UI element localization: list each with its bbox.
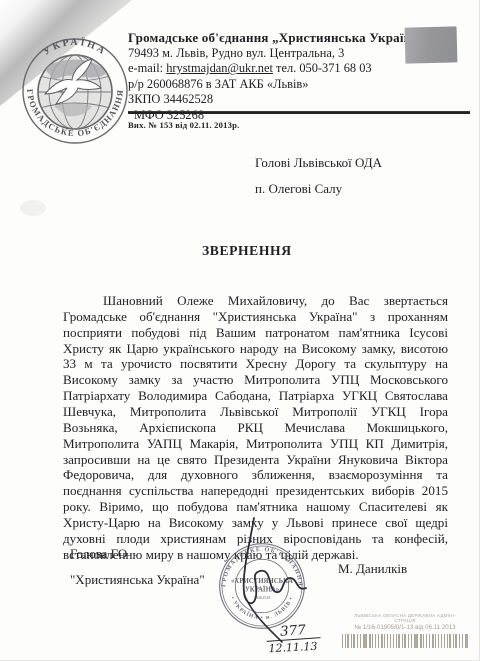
email-address: hrystmajdan@ukr.net (166, 61, 273, 75)
signer-position-block: Голова ГО "Християнська Україна" (70, 541, 205, 593)
addressee-position: Голові Львівської ОДА (255, 150, 382, 176)
phone-number: тел. 050-371 68 03 (273, 61, 372, 75)
barcode (342, 634, 468, 648)
addressee-name: п. Олегові Салу (255, 176, 382, 202)
email-label: e-mail: (128, 61, 166, 75)
org-contact-line: e-mail: hrystmajdan@ukr.net тел. 050-371… (128, 61, 425, 77)
addressee-block: Голові Львівської ОДА п. Олегові Салу (255, 150, 382, 202)
org-logo dove-globe-emblem-icon: УКРАЇНА ★ ГРОМАДСЬКЕ ОБ'ЄДНАННЯ ★ (14, 28, 136, 150)
outgoing-ref-line: Вих. № 153 від 02.11. 2013р. (128, 120, 240, 130)
letterhead: Громадське об'єднання „Християнська Укра… (128, 30, 425, 124)
zkpo-line: ЗКПО 34462528 (128, 92, 425, 108)
signer-name: М. Данилків (338, 561, 407, 577)
document-title: ЗВЕРНЕННЯ (202, 243, 292, 259)
org-address: 79493 м. Львів, Рудно вул. Центральна, 3 (128, 46, 425, 62)
gray-tape-mark (405, 26, 458, 63)
registration-number-line: № 1/16-01905/0/1-13 від 06.11.2013 (336, 624, 474, 632)
letterhead-divider (128, 111, 470, 114)
scanned-letter-page: УКРАЇНА ★ ГРОМАДСЬКЕ ОБ'ЄДНАННЯ ★ Громад… (0, 0, 480, 661)
bank-account-line: р/р 260068876 в ЗАТ АКБ «Львів» (128, 77, 425, 93)
signer-position-line1: Голова ГО (70, 541, 205, 567)
scan-smudge (20, 200, 46, 216)
registration-stamp: ЛЬВІВСЬКА ОБЛАСНА ДЕРЖАВНА АДМІНІ- СТРАЦ… (336, 613, 474, 648)
org-name: Громадське об'єднання „Християнська Укра… (128, 30, 425, 46)
signer-position-line2: "Християнська Україна" (70, 567, 205, 593)
